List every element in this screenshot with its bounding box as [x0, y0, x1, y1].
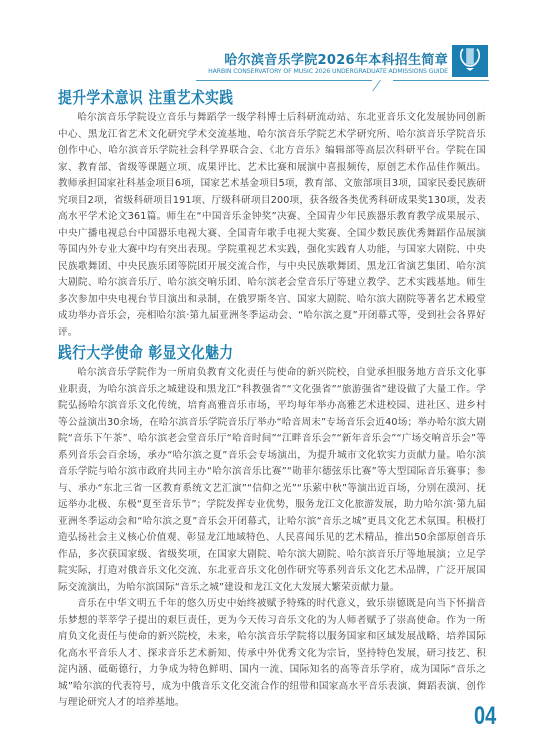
header-rule-right	[393, 80, 489, 81]
header-title: 哈尔滨音乐学院2026年本科招生简章	[224, 49, 448, 68]
page-number: 04	[474, 702, 496, 731]
paragraph-mission-2: 音乐在中华文明五千年的悠久历史中始终被赋予特殊的时代意义，致乐崇德既是向当下怀揣…	[58, 596, 486, 712]
header-rule-left	[196, 80, 372, 81]
paragraph-mission-1: 哈尔滨音乐学院作为一所肩负教育文化责任与使命的新兴院校，自觉承担服务地方音乐文化…	[58, 365, 486, 596]
header-subtitle: HARBIN CONSERVATORY OF MUSIC 2026 UNDERG…	[208, 68, 448, 75]
main-content: 提升学术意识 注重艺术实践 哈尔滨音乐学院设立音乐与舞蹈学一级学科博士后科研流动…	[58, 86, 486, 712]
lyre-icon	[459, 46, 481, 76]
paragraph-academic: 哈尔滨音乐学院设立音乐与舞蹈学一级学科博士后科研流动站、东北亚音乐文化发展协同创…	[58, 110, 486, 341]
section-heading-academic: 提升学术意识 注重艺术实践	[58, 86, 426, 110]
section-heading-mission: 践行大学使命 彰显文化魅力	[58, 341, 426, 365]
logo	[452, 45, 488, 77]
